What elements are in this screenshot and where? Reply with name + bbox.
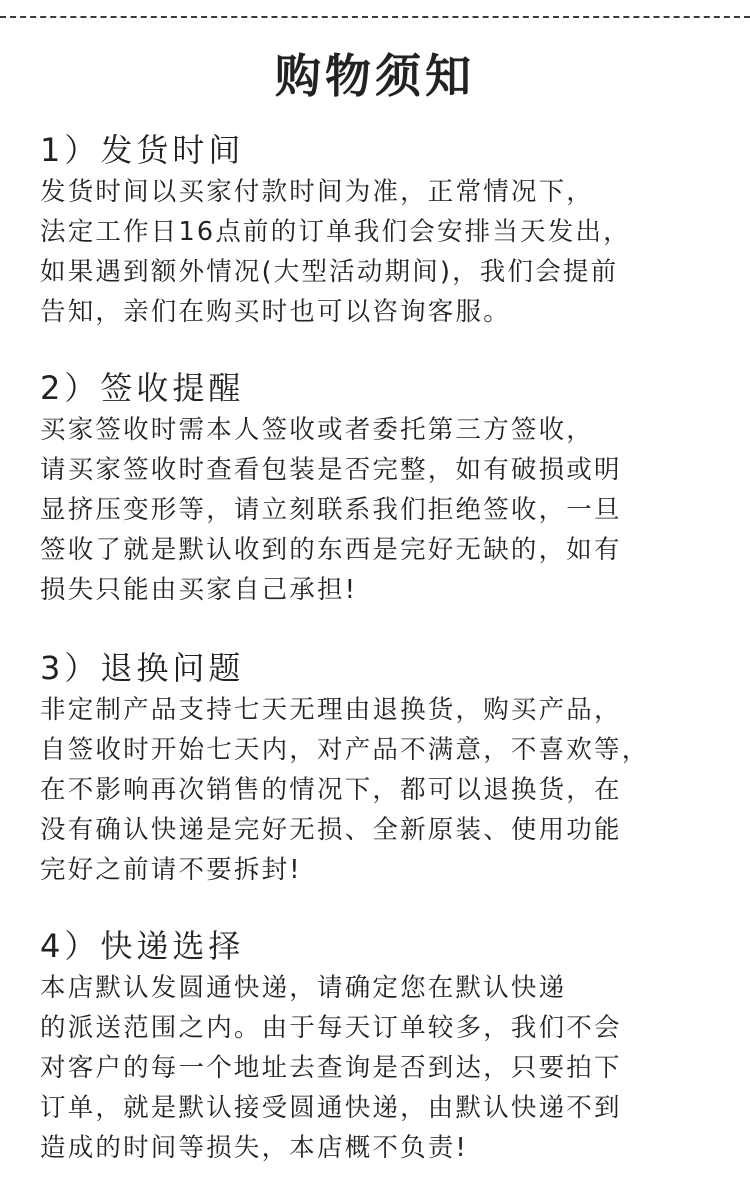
section-text-line: 签收了就是默认收到的东西是完好无缺的，如有: [40, 530, 730, 570]
section-text-line: 显挤压变形等，请立刻联系我们拒绝签收，一旦: [40, 490, 730, 530]
page-title: 购物须知: [0, 40, 750, 106]
section-text-line: 发货时间以买家付款时间为准，正常情况下，: [40, 172, 730, 212]
section-text-line: 非定制产品支持七天无理由退换货，购买产品，: [40, 690, 730, 730]
section-text-line: 对客户的每一个地址去查询是否到达，只要拍下: [40, 1048, 730, 1088]
section-courier-choice: 4）快递选择 本店默认发圆通快递，请确定您在默认快递 的派送范围之内。由于每天订…: [40, 924, 730, 1168]
section-text-line: 没有确认快递是完好无损、全新原装、使用功能: [40, 810, 730, 850]
section-shipping-time: 1）发货时间 发货时间以买家付款时间为准，正常情况下， 法定工作日16点前的订单…: [40, 128, 730, 332]
section-text-line: 买家签收时需本人签收或者委托第三方签收，: [40, 410, 730, 450]
dashed-divider: [0, 16, 750, 18]
section-heading: 4）快递选择: [40, 924, 730, 968]
section-text-line: 如果遇到额外情况(大型活动期间)，我们会提前: [40, 252, 730, 292]
section-heading: 1）发货时间: [40, 128, 730, 172]
section-returns: 3）退换问题 非定制产品支持七天无理由退换货，购买产品， 自签收时开始七天内，对…: [40, 646, 730, 890]
section-text-line: 本店默认发圆通快递，请确定您在默认快递: [40, 968, 730, 1008]
section-text-line: 请买家签收时查看包装是否完整，如有破损或明: [40, 450, 730, 490]
section-text-line: 完好之前请不要拆封!: [40, 850, 730, 890]
section-text-line: 订单，就是默认接受圆通快递，由默认快递不到: [40, 1088, 730, 1128]
section-signing-reminder: 2）签收提醒 买家签收时需本人签收或者委托第三方签收， 请买家签收时查看包装是否…: [40, 366, 730, 610]
section-text-line: 造成的时间等损失，本店概不负责!: [40, 1128, 730, 1168]
section-heading: 3）退换问题: [40, 646, 730, 690]
section-text-line: 法定工作日16点前的订单我们会安排当天发出，: [40, 212, 730, 252]
section-text-line: 自签收时开始七天内，对产品不满意，不喜欢等，: [40, 730, 730, 770]
section-text-line: 的派送范围之内。由于每天订单较多，我们不会: [40, 1008, 730, 1048]
section-text-line: 损失只能由买家自己承担!: [40, 570, 730, 610]
section-heading: 2）签收提醒: [40, 366, 730, 410]
section-text-line: 告知，亲们在购买时也可以咨询客服。: [40, 292, 730, 332]
section-text-line: 在不影响再次销售的情况下，都可以退换货，在: [40, 770, 730, 810]
